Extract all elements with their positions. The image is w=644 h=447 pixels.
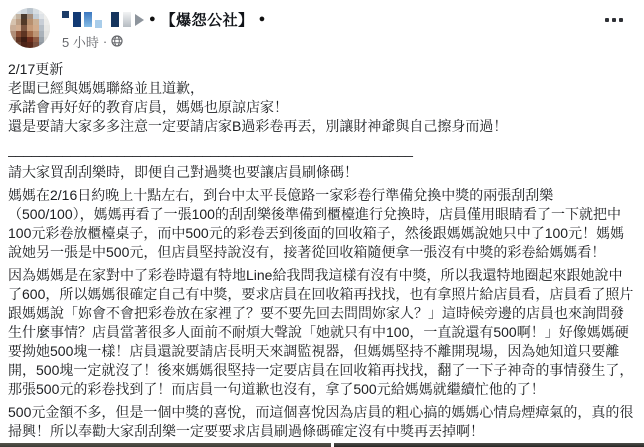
censor-block bbox=[62, 11, 69, 18]
meta-separator: · bbox=[103, 34, 107, 49]
more-options-dot bbox=[605, 18, 609, 22]
more-options-dot bbox=[619, 18, 623, 22]
post-paragraph-story-1: 媽媽在2/16日約晚上十點左右，到台中太平長億路一家彩卷行準備兌換中獎的兩張刮刮… bbox=[8, 186, 636, 262]
post-meta-row: 5 小時 · bbox=[62, 32, 634, 51]
post-header: ● 【爆怨公社】 ● 5 小時 · bbox=[10, 8, 634, 54]
post-paragraph-update: 2/17更新 老闆已經與媽媽聯絡並且道歉， 承諾會再好好的教育店員，媽媽也原諒店… bbox=[8, 60, 636, 136]
attached-photos-edge bbox=[0, 443, 644, 447]
more-options-button[interactable] bbox=[600, 11, 628, 29]
censor-block bbox=[111, 12, 119, 27]
post-paragraph-story-2: 因為媽媽是在家對中了彩卷時還有特地Line給我問我這樣有沒有中獎，所以我還特地圈… bbox=[8, 266, 636, 399]
avatar[interactable] bbox=[10, 8, 50, 48]
attached-photo-right[interactable] bbox=[334, 443, 644, 447]
censor-block bbox=[95, 20, 102, 28]
post-paragraph-conclusion: 500元金額不多，但是一個中獎的喜悅，而這個喜悅因為店員的粗心搞的媽媽心情烏煙瘴… bbox=[8, 403, 636, 441]
header-text: ● 【爆怨公社】 ● 5 小時 · bbox=[62, 8, 634, 51]
censor-block bbox=[123, 12, 131, 27]
post-paragraph-underscore-divider: ________________________________________… bbox=[8, 140, 636, 159]
post-paragraph-advice: 請大家買刮刮樂時，即便自己對過獎也要讓店員刷條碼！ bbox=[8, 163, 636, 182]
more-options-dot bbox=[612, 18, 616, 22]
group-name-bullet-right: ● bbox=[259, 11, 266, 28]
avatar-pixelated-image bbox=[10, 8, 50, 48]
censored-username[interactable] bbox=[62, 11, 144, 28]
censor-block bbox=[84, 12, 92, 27]
group-name-link[interactable]: 【爆怨公社】 bbox=[161, 9, 254, 30]
globe-icon bbox=[111, 35, 123, 50]
censor-block bbox=[73, 12, 81, 27]
author-row: ● 【爆怨公社】 ● bbox=[62, 11, 634, 28]
timestamp-link[interactable]: 5 小時 bbox=[62, 32, 99, 51]
post-text: 2/17更新 老闆已經與媽媽聯絡並且道歉， 承諾會再好好的教育店員，媽媽也原諒店… bbox=[8, 60, 636, 445]
attached-photo-left[interactable] bbox=[0, 443, 331, 447]
group-name-bullet-left: ● bbox=[149, 11, 156, 28]
facebook-post: ● 【爆怨公社】 ● 5 小時 · bbox=[0, 0, 644, 447]
censor-block bbox=[135, 14, 144, 26]
